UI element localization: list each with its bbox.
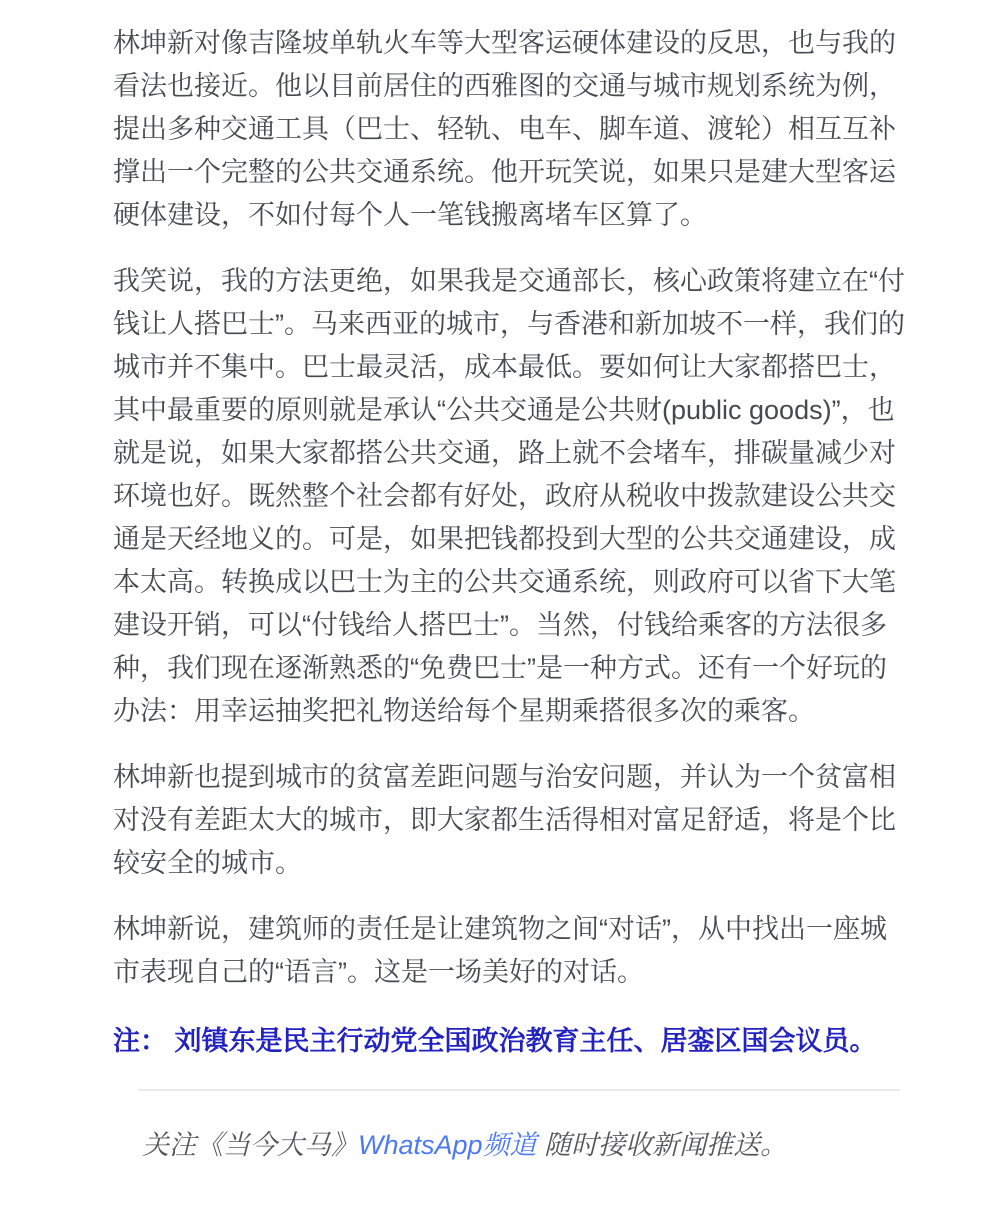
article-paragraph: 我笑说，我的方法更绝，如果我是交通部长，核心政策将建立在“付钱让人搭巴士”。马来… <box>113 260 907 733</box>
section-divider <box>138 1089 900 1091</box>
subscribe-footer: 关注《当今大马》WhatsApp频道 随时接收新闻推送。 <box>142 1124 907 1167</box>
article-paragraph: 林坤新说，建筑师的责任是让建筑物之间“对话”，从中找出一座城市表现自己的“语言”… <box>113 908 907 994</box>
editor-note: 注： 刘镇东是民主行动党全国政治教育主任、居銮区国会议员。 <box>113 1020 907 1063</box>
footer-suffix-text: 随时接收新闻推送。 <box>537 1130 788 1160</box>
article-paragraph: 林坤新也提到城市的贫富差距问题与治安问题，并认为一个贫富相对没有差距太大的城市，… <box>113 756 907 885</box>
footer-prefix-text: 关注《当今大马》 <box>142 1130 358 1160</box>
whatsapp-channel-link[interactable]: WhatsApp频道 <box>358 1130 537 1160</box>
article-body: 林坤新对像吉隆坡单轨火车等大型客运硬体建设的反思，也与我的看法也接近。他以目前居… <box>0 0 1000 1167</box>
article-paragraph: 林坤新对像吉隆坡单轨火车等大型客运硬体建设的反思，也与我的看法也接近。他以目前居… <box>113 22 907 237</box>
